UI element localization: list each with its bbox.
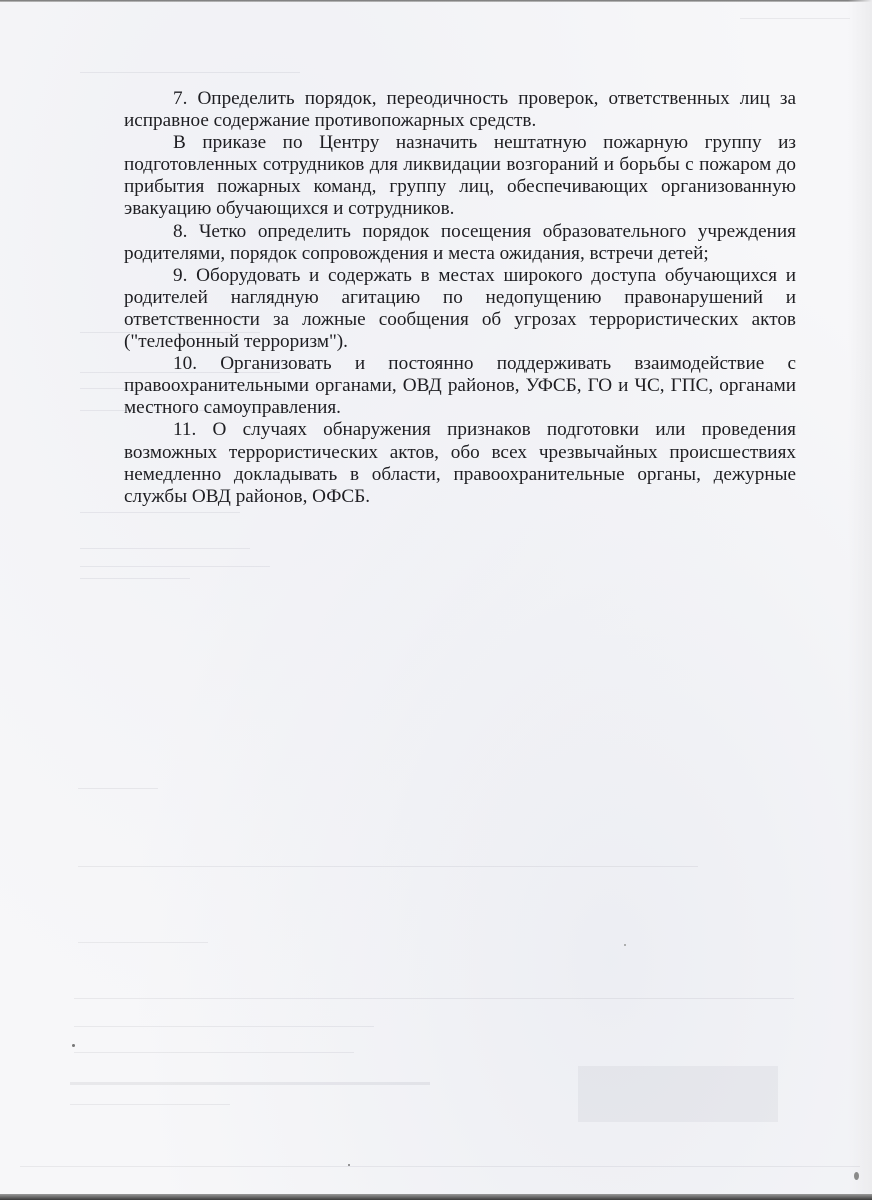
scan-border-right xyxy=(848,0,872,1200)
show-through-block xyxy=(578,1066,778,1122)
scan-speck xyxy=(624,944,626,946)
show-through-mark xyxy=(78,788,158,789)
show-through-mark xyxy=(74,1026,374,1027)
scanned-page: 7. Определить порядок, переодичность про… xyxy=(0,0,872,1200)
paragraph-item-7: 7. Определить порядок, переодичность про… xyxy=(124,88,796,132)
show-through-mark xyxy=(78,866,698,867)
paragraph-item-9: 9. Оборудовать и содержать в местах широ… xyxy=(124,265,796,353)
show-through-mark xyxy=(74,1052,354,1053)
show-through-mark xyxy=(70,1104,230,1105)
scan-speck xyxy=(854,1172,859,1180)
scan-speck xyxy=(72,1044,75,1047)
show-through-mark xyxy=(78,942,208,943)
paragraph-item-10: 10. Организовать и постоянно поддерживат… xyxy=(124,353,796,419)
document-body: 7. Определить порядок, переодичность про… xyxy=(124,88,796,508)
show-through-mark xyxy=(80,72,300,73)
paragraph-item-11: 11. О случаях обнаружения признаков подг… xyxy=(124,419,796,507)
show-through-mark xyxy=(80,578,190,579)
show-through-mark xyxy=(70,1082,430,1085)
show-through-mark xyxy=(740,18,850,19)
show-through-mark xyxy=(80,512,240,513)
paragraph-fire-group-order: В приказе по Центру назначить нештатную … xyxy=(124,132,796,220)
show-through-mark xyxy=(74,998,794,999)
show-through-mark xyxy=(20,1166,860,1167)
paragraph-item-8: 8. Четко определить порядок посещения об… xyxy=(124,221,796,265)
scan-speck xyxy=(348,1164,350,1166)
scan-border-top xyxy=(0,0,872,2)
show-through-mark xyxy=(80,566,270,567)
show-through-mark xyxy=(80,548,250,549)
scan-border-bottom xyxy=(0,1194,872,1200)
